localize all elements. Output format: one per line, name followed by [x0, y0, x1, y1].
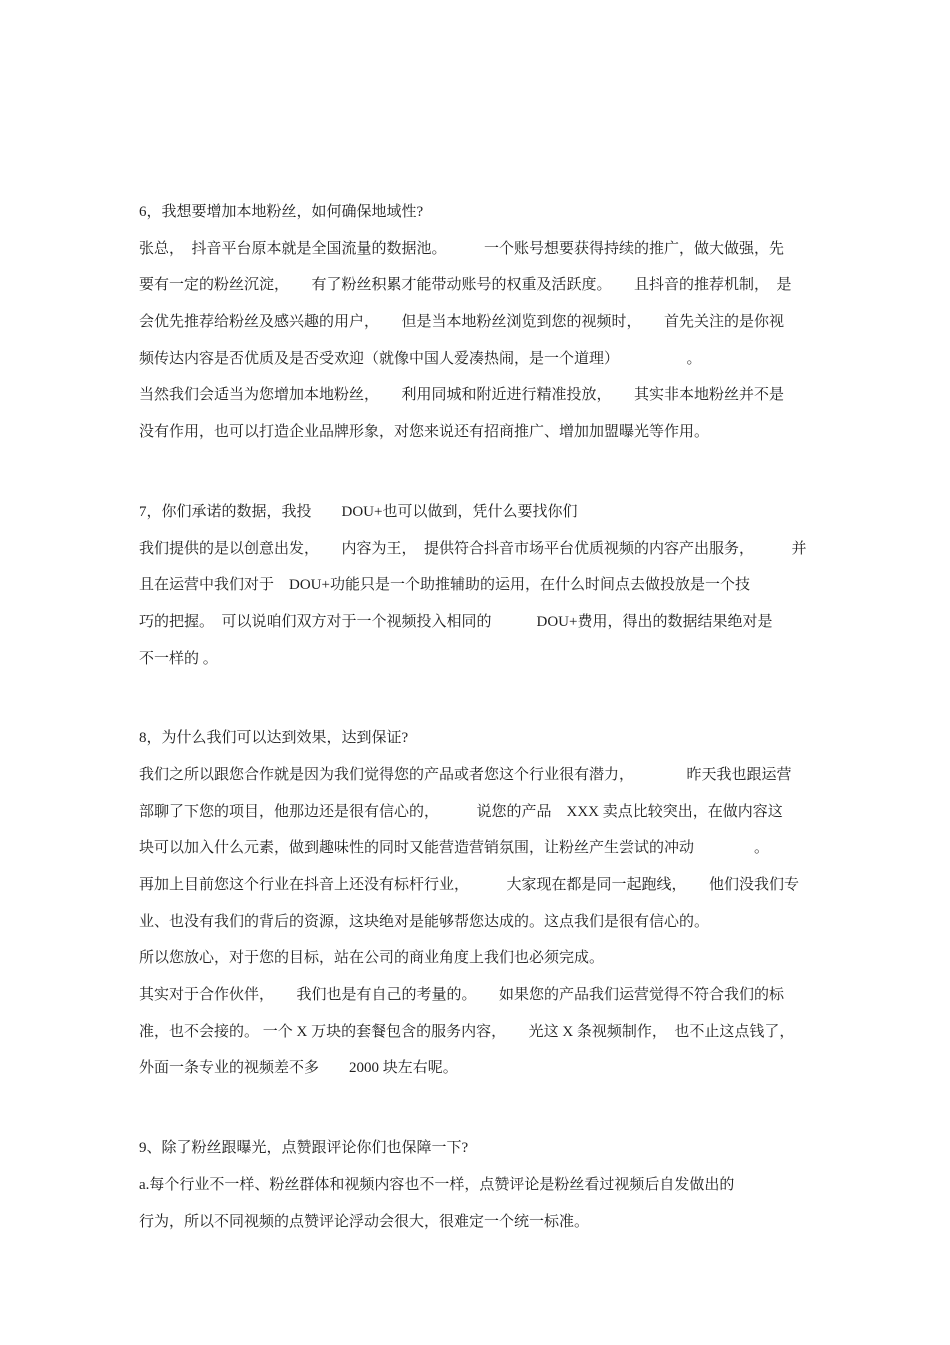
answer-line: 不一样的 。: [139, 641, 839, 678]
answer-line: 外面一条专业的视频差不多 2000 块左右呢。: [139, 1050, 839, 1087]
answer-line: 业、也没有我们的背后的资源，这块绝对是能够帮您达成的。这点我们是很有信心的。: [139, 904, 839, 941]
section-spacer: [139, 1087, 839, 1130]
answer-line: 会优先推荐给粉丝及感兴趣的用户， 但是当本地粉丝浏览到您的视频时， 首先关注的是…: [139, 304, 839, 341]
answer-line: 所以您放心，对于您的目标，站在公司的商业角度上我们也必须完成。: [139, 940, 839, 977]
answer-line: 我们之所以跟您合作就是因为我们觉得您的产品或者您这个行业很有潜力， 昨天我也跟运…: [139, 757, 839, 794]
section-spacer: [139, 677, 839, 720]
document-content: 6，我想要增加本地粉丝，如何确保地域性?张总， 抖音平台原本就是全国流量的数据池…: [139, 194, 839, 1240]
answer-line: 要有一定的粉丝沉淀， 有了粉丝积累才能带动账号的权重及活跃度。 且抖音的推荐机制…: [139, 267, 839, 304]
answer-line: 再加上目前您这个行业在抖音上还没有标杆行业， 大家现在都是同一起跑线， 他们没我…: [139, 867, 839, 904]
answer-line: 行为，所以不同视频的点赞评论浮动会很大，很难定一个统一标准。: [139, 1204, 839, 1241]
answer-line: 没有作用，也可以打造企业品牌形象，对您来说还有招商推广、增加加盟曝光等作用。: [139, 414, 839, 451]
section-spacer: [139, 451, 839, 494]
answer-line: 巧的把握。 可以说咱们双方对于一个视频投入相同的 DOU+费用，得出的数据结果绝…: [139, 604, 839, 641]
document-page: 6，我想要增加本地粉丝，如何确保地域性?张总， 抖音平台原本就是全国流量的数据池…: [0, 0, 950, 1345]
answer-line: 且在运营中我们对于 DOU+功能只是一个助推辅助的运用，在什么时间点去做投放是一…: [139, 567, 839, 604]
question-line: 8，为什么我们可以达到效果，达到保证?: [139, 720, 839, 757]
answer-line: 部聊了下您的项目，他那边还是很有信心的， 说您的产品 XXX 卖点比较突出，在做…: [139, 794, 839, 831]
question-line: 6，我想要增加本地粉丝，如何确保地域性?: [139, 194, 839, 231]
answer-line: a.每个行业不一样、粉丝群体和视频内容也不一样，点赞评论是粉丝看过视频后自发做出…: [139, 1167, 839, 1204]
question-line: 7，你们承诺的数据，我投 DOU+也可以做到，凭什么要找你们: [139, 494, 839, 531]
answer-line: 频传达内容是否优质及是否受欢迎（就像中国人爱凑热闹，是一个道理） 。: [139, 341, 839, 378]
answer-line: 张总， 抖音平台原本就是全国流量的数据池。 一个账号想要获得持续的推广，做大做强…: [139, 231, 839, 268]
answer-line: 块可以加入什么元素，做到趣味性的同时又能营造营销氛围，让粉丝产生尝试的冲动 。: [139, 830, 839, 867]
answer-line: 准，也不会接的。 一个 X 万块的套餐包含的服务内容， 光这 X 条视频制作， …: [139, 1014, 839, 1051]
answer-line: 当然我们会适当为您增加本地粉丝， 利用同城和附近进行精准投放， 其实非本地粉丝并…: [139, 377, 839, 414]
answer-line: 我们提供的是以创意出发， 内容为王， 提供符合抖音市场平台优质视频的内容产出服务…: [139, 531, 839, 568]
answer-line: 其实对于合作伙伴， 我们也是有自己的考量的。 如果您的产品我们运营觉得不符合我们…: [139, 977, 839, 1014]
question-line: 9、除了粉丝跟曝光，点赞跟评论你们也保障一下?: [139, 1130, 839, 1167]
